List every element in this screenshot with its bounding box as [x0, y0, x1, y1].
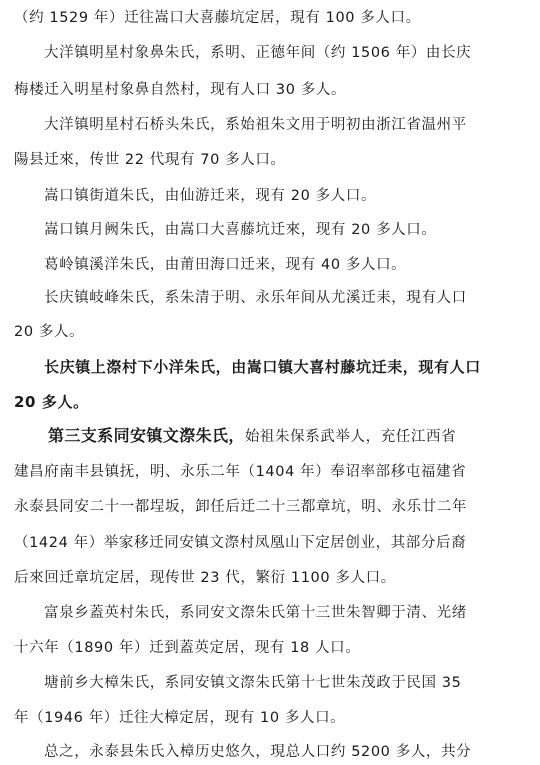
document-page: （约 1529 年）迁往嵩口大喜藤坑定居，現有 100 多人口。 大洋镇明星村象… — [0, 0, 540, 765]
text-line: 后來回迁章坑定居，现传世 23 代，繁衍 1100 多人口。 — [14, 568, 396, 588]
paragraph-start: 嵩口镇街道朱氏，由仙游迁来，现有 20 多人口。 — [44, 186, 376, 206]
text-line: 建昌府南丰县镇抚，明、永乐二年（1404 年）奉诏率部移屯福建省 — [14, 462, 466, 482]
paragraph-start: 嵩口镇月阙朱氏，由嵩口大喜藤坑迁來，现有 20 多人口。 — [44, 220, 436, 240]
text-line: 梅楼迁入明星村象鼻自然村，现有人口 30 多人。 — [14, 80, 346, 100]
paragraph-start: 长庆镇岐峰朱氏，系朱清于明、永乐年间从尤溪迁耒，現有人口 — [44, 288, 467, 308]
paragraph-start: 塘前乡大樟朱氏，系同安镇文漈朱氏第十七世朱茂政于民国 35 — [44, 673, 461, 693]
section-heading: 第三支系同安镇文漈朱氏， — [48, 426, 245, 445]
text-line: 永泰县同安二十一都埕坂，卸任后迁二十三都章坑，明、永乐廿二年 — [14, 497, 467, 517]
text-line: （约 1529 年）迁往嵩口大喜藤坑定居，現有 100 多人口。 — [14, 8, 421, 28]
text-line: 陽县迁來，传世 22 代現有 70 多人口。 — [14, 150, 286, 170]
paragraph-start: 富泉乡蓋英村朱氏，系同安文漈朱氏第十三世朱智卿于清、光绪 — [44, 603, 467, 623]
text-line: 十六年（1890 年）迁到蓋英定居，现有 18 人口。 — [14, 638, 360, 658]
bold-paragraph-start: 长庆镇上漈村下小洋朱氏，由嵩口镇大喜村藤坑迁耒，现有人口 — [44, 357, 481, 377]
paragraph-start: 总之，永泰县朱氏入樟历史悠久，現总人口约 5200 多人，共分 — [44, 742, 471, 762]
paragraph-start: 大洋镇明星村石桥头朱氏，系始祖朱文用于明初由浙江省温州平 — [44, 115, 467, 135]
text-line: 年（1946 年）迁往大樟定居，现有 10 多人口。 — [14, 708, 345, 728]
text-line: 20 多人。 — [14, 322, 84, 342]
paragraph-start: 葛岭镇溪洋朱氏，由莆田海口迁来，现有 40 多人口。 — [44, 255, 406, 275]
paragraph-start: 大洋镇明星村象鼻朱氏，系明、正德年间（约 1506 年）由长庆 — [44, 43, 471, 63]
section-heading-paragraph: 第三支系同安镇文漈朱氏，始祖朱保系武举人，充任江西省 — [48, 426, 456, 447]
text-line: （1424 年）举家移迁同安镇文漈村凤凰山下定居创业，其部分后裔 — [14, 533, 466, 553]
bold-text-line: 20 多人。 — [14, 392, 89, 412]
text-run: 始祖朱保系武举人，充任江西省 — [245, 429, 456, 445]
